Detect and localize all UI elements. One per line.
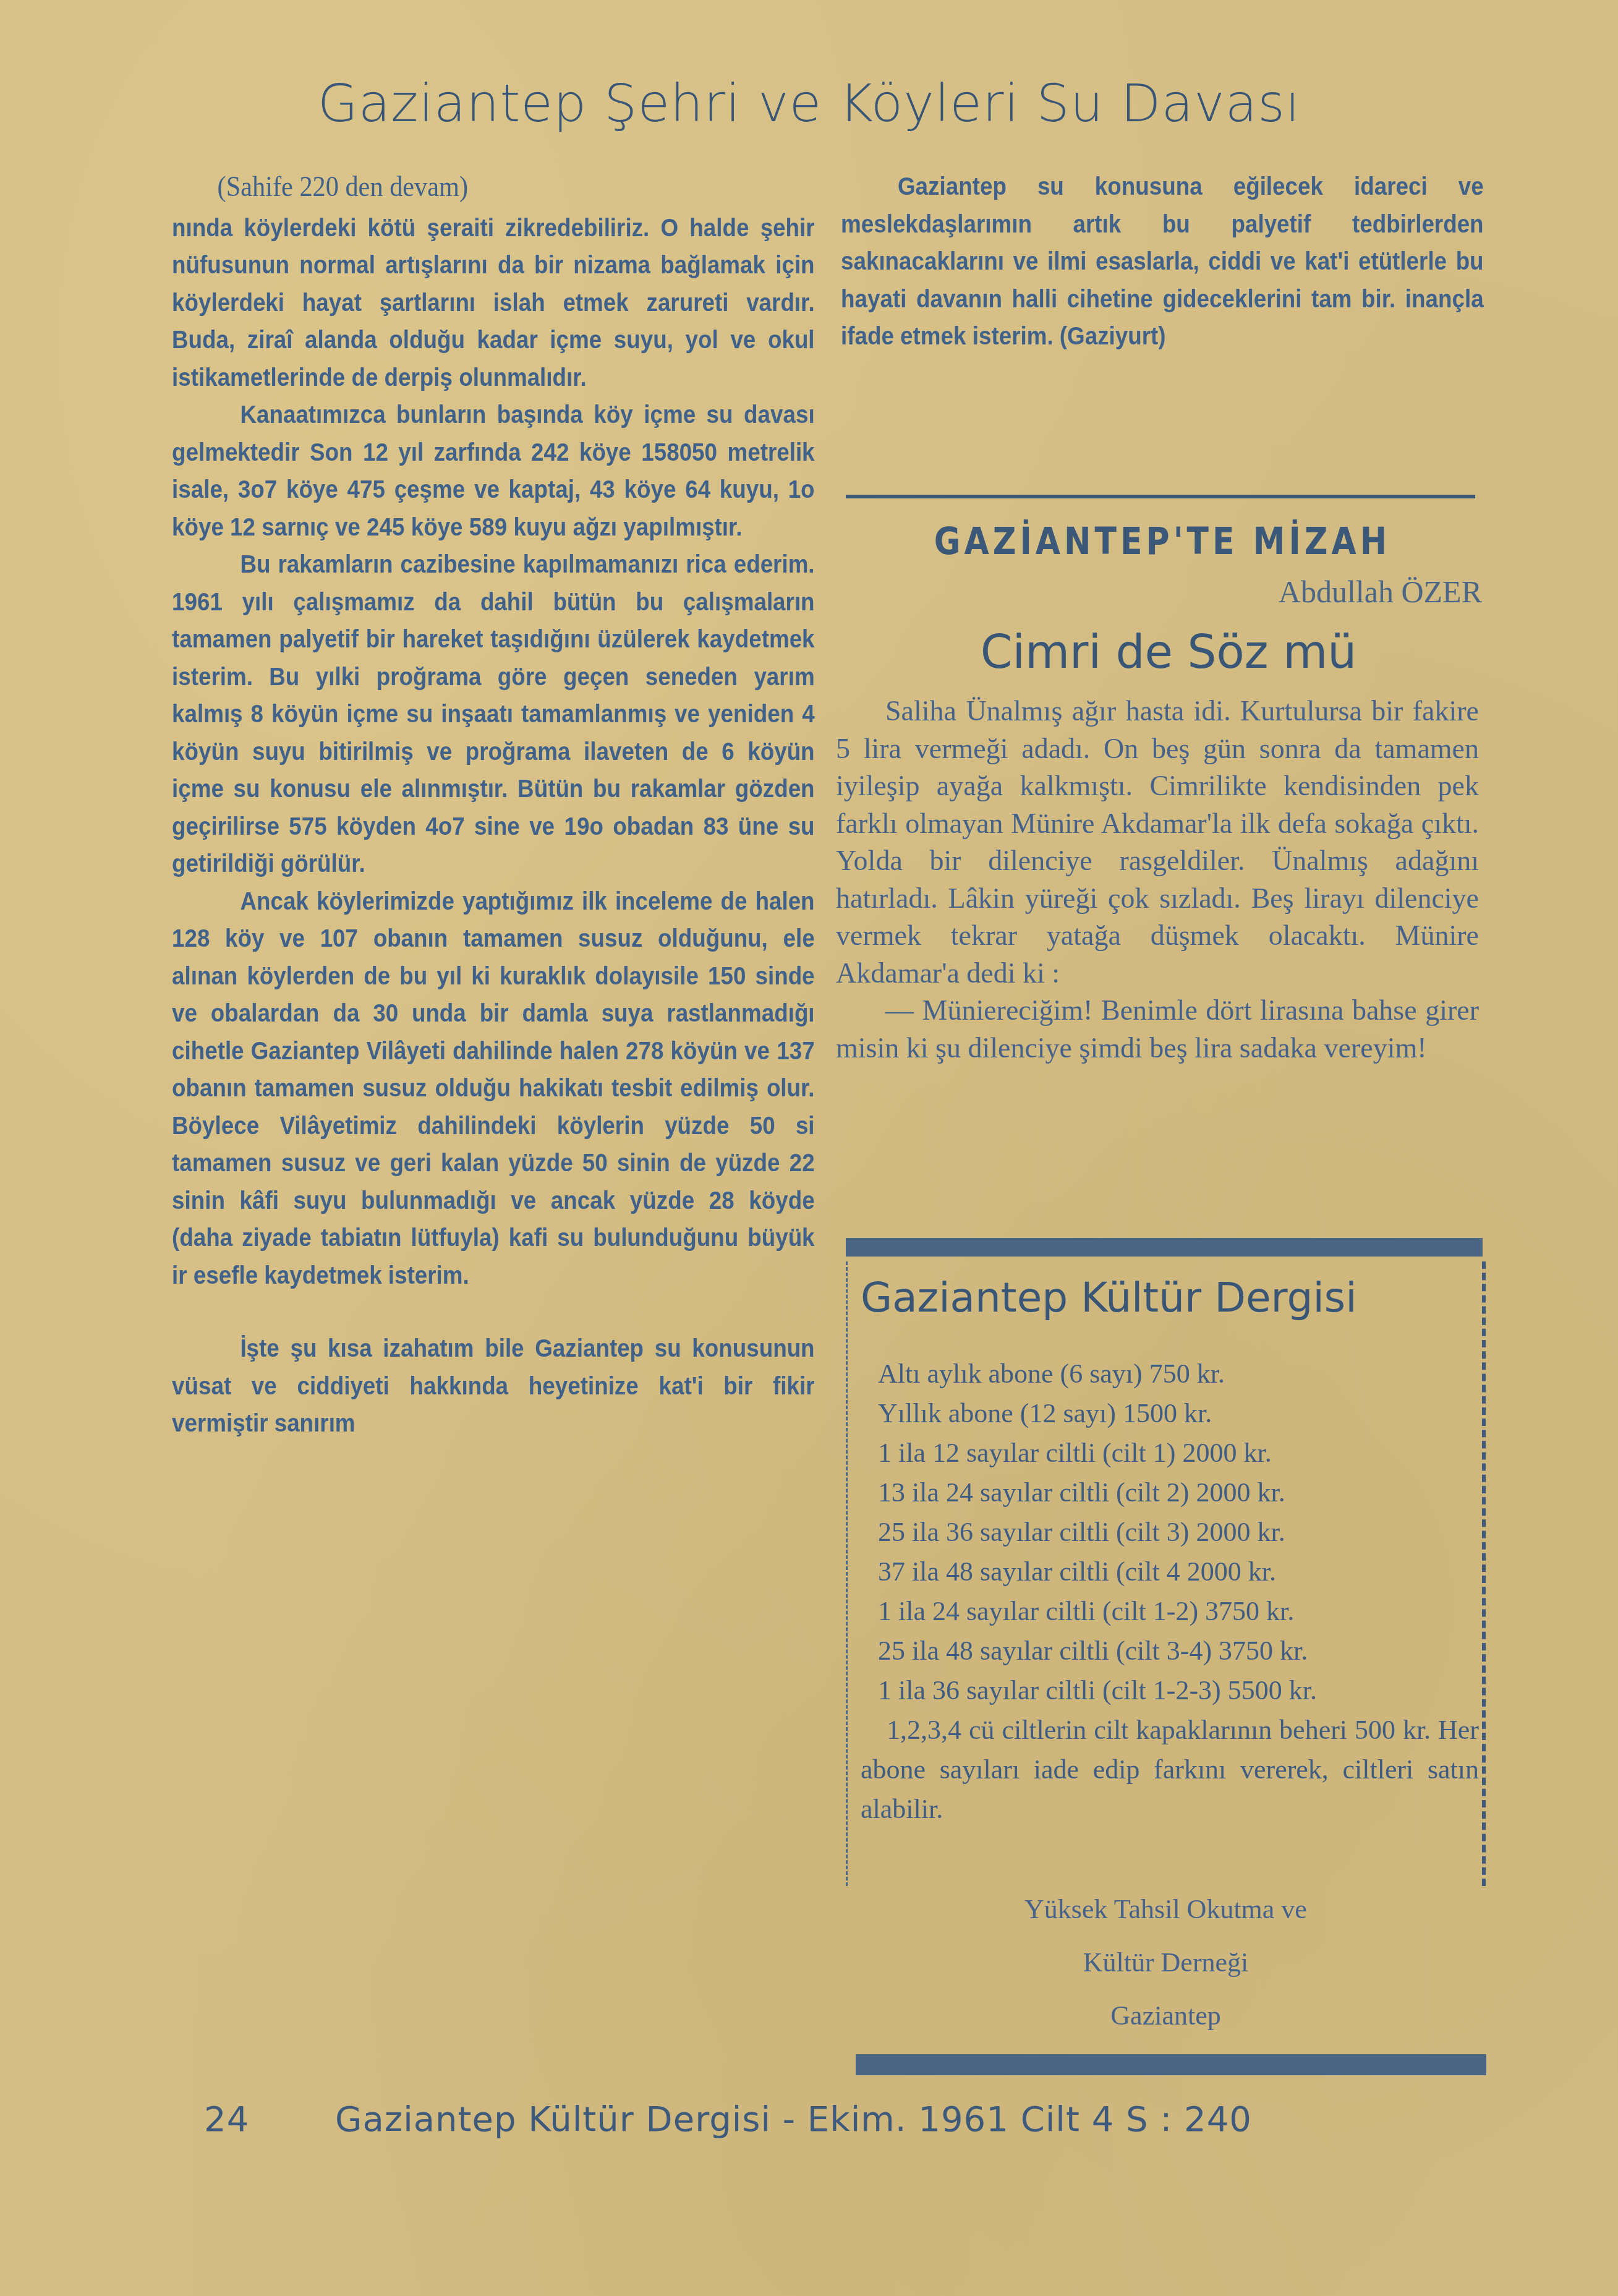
signature-line: Kültür Derneği (846, 1936, 1486, 1989)
article-conclusion: Gaziantep su konusuna eğilecek idareci v… (841, 168, 1484, 356)
paragraph: Ancak köylerimizde yaptığımız ilk incele… (172, 883, 815, 1295)
price-line: Yıllık abone (12 sayı) 1500 kr. (861, 1394, 1479, 1433)
footer-citation: Gaziantep Kültür Dergisi - Ekim. 1961 Ci… (335, 2099, 1252, 2140)
author-name: Abdullah ÖZER (1279, 574, 1482, 610)
paragraph: Kanaatımızca bunların başında köy içme s… (172, 396, 815, 546)
price-list: Altı aylık abone (6 sayı) 750 kr. Yıllık… (861, 1354, 1479, 1829)
magazine-page: Gaziantep Şehri ve Köyleri Su Davası (Sa… (0, 0, 1618, 2296)
price-line: 13 ila 24 sayılar ciltli (cilt 2) 2000 k… (861, 1473, 1479, 1513)
page-footer: 24 Gaziantep Kültür Dergisi - Ekim. 1961… (204, 2099, 1252, 2140)
price-line: 37 ila 48 sayılar ciltli (cilt 4 2000 kr… (861, 1552, 1479, 1592)
section-divider (846, 495, 1475, 498)
paragraph: — Müniereciğim! Benimle dört lirasına ba… (836, 992, 1479, 1067)
paragraph: Saliha Ünalmış ağır hasta idi. Kurtulurs… (836, 693, 1479, 992)
box-title: Gaziantep Kültür Dergisi (861, 1274, 1357, 1321)
page-title: Gaziantep Şehri ve Köyleri Su Davası (0, 73, 1618, 134)
section-title: GAZİANTEP'TE MİZAH (866, 521, 1459, 563)
price-line: 1 ila 36 sayılar ciltli (cilt 1-2-3) 550… (861, 1671, 1479, 1710)
humor-story: Saliha Ünalmış ağır hasta idi. Kurtulurs… (836, 693, 1479, 1067)
price-line: 1 ila 24 sayılar ciltli (cilt 1-2) 3750 … (861, 1592, 1479, 1631)
signature-line: Gaziantep (846, 1989, 1486, 2042)
price-line: Altı aylık abone (6 sayı) 750 kr. (861, 1354, 1479, 1394)
paragraph: Gaziantep su konusuna eğilecek idareci v… (841, 168, 1484, 356)
paragraph: Bu rakamların cazibesine kapılmamanızı r… (172, 546, 815, 883)
price-line: 25 ila 36 sayılar ciltli (cilt 3) 2000 k… (861, 1513, 1479, 1552)
binding-note: 1,2,3,4 cü ciltlerin cilt kapaklarının b… (861, 1710, 1479, 1829)
page-number: 24 (204, 2099, 249, 2140)
continuation-note: (Sahife 220 den devam) (172, 168, 815, 206)
story-title: Cimri de Söz mü (828, 626, 1509, 679)
price-line: 1 ila 12 sayılar ciltli (cilt 1) 2000 kr… (861, 1433, 1479, 1473)
signature-line: Yüksek Tahsil Okutma ve (846, 1883, 1486, 1936)
article-left-column: (Sahife 220 den devam) nında köylerdeki … (172, 168, 815, 1443)
price-line: 25 ila 48 sayılar ciltli (cilt 3-4) 3750… (861, 1631, 1479, 1671)
publisher-signature: Yüksek Tahsil Okutma ve Kültür Derneği G… (846, 1883, 1486, 2042)
article-right-column: Gaziantep su konusuna eğilecek idareci v… (841, 168, 1484, 356)
paragraph: İşte şu kısa izahatım bile Gaziantep su … (172, 1330, 815, 1443)
paragraph: nında köylerdeki kötü şeraiti zikredebil… (172, 210, 815, 397)
box-top-bar (846, 1238, 1483, 1257)
box-bottom-bar (856, 2054, 1486, 2075)
